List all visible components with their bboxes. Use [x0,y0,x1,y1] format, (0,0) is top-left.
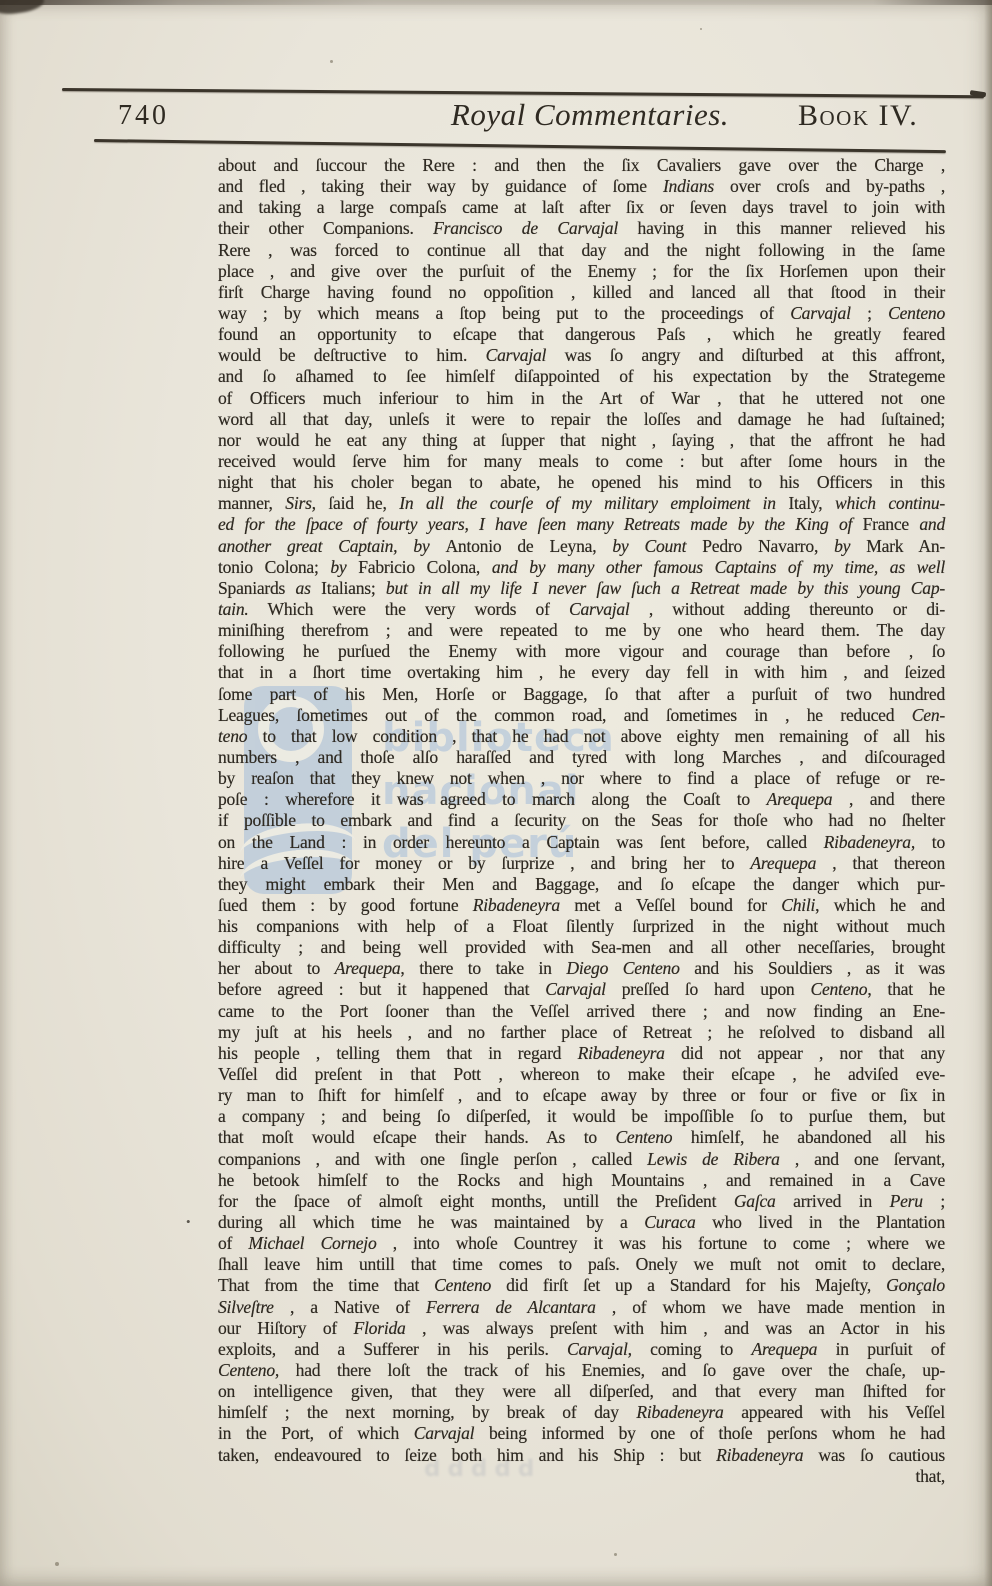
text-line: came to the Port ſooner than the Veſſel … [218,1001,945,1022]
paper-speck [55,1562,59,1566]
text-block: about and ſuccour the Rere : and then th… [218,155,945,1487]
text-line: he betook himſelf to the Rocks and high … [218,1170,945,1191]
text-line: Rere , was forced to continue all that d… [218,240,945,261]
text-line: ſued them : by good fortune Ribadeneyra … [218,895,945,916]
text-line: in the Port, of which Carvajal being inf… [218,1423,945,1444]
text-line: received would ſerve him for many meals … [218,451,945,472]
text-line: her about to Arequepa, there to take in … [218,958,945,979]
text-line: ed for the ſpace of fourty years, I have… [218,514,945,535]
text-line: tonio Colona; by Fabricio Colona, and by… [218,557,945,578]
text-line: his people , telling them that in regard… [218,1043,945,1064]
text-line: that moſt would eſcape their hands. As t… [218,1127,945,1148]
text-line: way ; by which means a ſtop being put to… [218,303,945,324]
text-line: companions , and with one ſingle perſon … [218,1149,945,1170]
text-line: during all which time he was maintained … [218,1212,945,1233]
text-line: by reaſon that they knew not when , nor … [218,768,945,789]
text-line: of Michael Cornejo , into whoſe Countrey… [218,1233,945,1254]
paper-speck [700,28,702,30]
text-line: himſelf ; the next morning, by break of … [218,1402,945,1423]
text-line: tain. Which were the very words of Carva… [218,599,945,620]
header-rule-bottom [94,139,946,153]
text-line: place , and give over the purſuit of the… [218,261,945,282]
catchword: that, [218,1466,945,1487]
paper-speck [614,1553,617,1556]
text-line: our Hiſtory of Florida , was always preſ… [218,1318,945,1339]
text-line: that in a ſhort time overtaking him , he… [218,662,945,683]
text-line: found an opportunity to eſcape that dang… [218,324,945,345]
paper-speck [330,60,333,63]
scan-top-edge [0,0,992,5]
text-line: and ſo aſhamed to ſee himſelf diſappoint… [218,366,945,387]
text-line: miniſhing therefrom ; and were repeated … [218,620,945,641]
text-line: nor would he eat any thing at ſupper tha… [218,430,945,451]
text-line: ſome part of his Men, Horſe or Baggage, … [218,684,945,705]
text-line: exploits, and a Sufferer in his perils. … [218,1339,945,1360]
text-line: following he purſued the Enemy with more… [218,641,945,662]
text-line: word all that day, unleſs it were to rep… [218,409,945,430]
text-line: a company ; and being ſo diſperſed, it w… [218,1106,945,1127]
text-line: poſe : wherefore it was agreed to march … [218,789,945,810]
text-line: their other Companions. Francisco de Car… [218,218,945,239]
text-line: firſt Charge having found no oppoſition … [218,282,945,303]
text-line: Silveſtre , a Native of Ferrera de Alcan… [218,1297,945,1318]
text-line: about and ſuccour the Rere : and then th… [218,155,945,176]
text-line: difficulty ; and being well provided wit… [218,937,945,958]
text-line: night that his choler began to abate, he… [218,472,945,493]
text-line: before agreed : but it happened that Car… [218,979,945,1000]
text-line: and taking a large compaſs came at laſt … [218,197,945,218]
text-line: ry man to ſhift for himſelf , and to eſc… [218,1085,945,1106]
text-line: ſhall leave him untill that time comes t… [218,1254,945,1275]
text-line: Spaniards as Italians; but in all my lif… [218,578,945,599]
text-line: of Officers much inferiour to him in the… [218,388,945,409]
book-page: 740 Royal Commentaries. Book IV. bibliot… [0,0,992,1586]
text-line: would be deſtructive to him. Carvajal wa… [218,345,945,366]
text-line: and fled , taking their way by guidance … [218,176,945,197]
text-line: my juſt at his heels , and no farther pl… [218,1022,945,1043]
scan-right-edge [984,0,992,1586]
text-line: on the Land : in order hereunto a Captai… [218,832,945,853]
text-line: hire a Veſſel for money or by ſurprize ,… [218,853,945,874]
running-title: Royal Commentaries. [400,97,780,133]
text-line: teno to that low condition , that he had… [218,726,945,747]
scan-corner-mark [0,0,45,17]
text-line: on intelligence given, that they were al… [218,1381,945,1402]
text-line: numbers , and thoſe alſo haraſſed and ty… [218,747,945,768]
text-line: That from the time that Centeno did firſ… [218,1275,945,1296]
text-line: taken, endeavoured to ſeize both him and… [218,1445,945,1466]
text-line: Leagues, ſometimes out of the common roa… [218,705,945,726]
text-line: they might embark their Men and Baggage,… [218,874,945,895]
text-line: Centeno, had there loſt the track of his… [218,1360,945,1381]
text-line: manner, Sirs, ſaid he, In all the courſe… [218,493,945,514]
text-line: his companions with help of a Float ſile… [218,916,945,937]
text-line: if poſſible to embark and find a ſecurit… [218,810,945,831]
text-line: Veſſel did preſent in that Pott , whereo… [218,1064,945,1085]
book-label: Book IV. [798,99,918,133]
text-line: another great Captain, by Antonio de Ley… [218,536,945,557]
page-number: 740 [118,100,169,132]
text-line: for the ſpace of almoſt eight months, un… [218,1191,945,1212]
margin-mark: • [186,1214,191,1230]
